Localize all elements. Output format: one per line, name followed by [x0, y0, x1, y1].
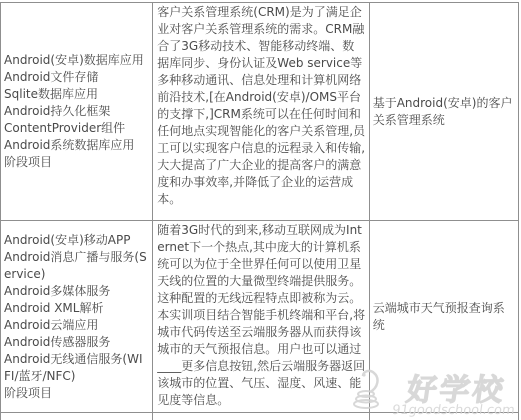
description-cell: 随着3G时代的到来,移动互联网成为Internet下一个热点,其中庞大的计算机系… — [153, 221, 369, 413]
topic-list: Android(安卓)数据库应用Android文件存储Sqlite数据库应用An… — [4, 52, 149, 171]
topic-item: Android无线通信服务(WIFI/蓝牙/NFC) — [4, 351, 149, 385]
topic-item: Android多媒体服务 — [4, 283, 149, 300]
topic-item: Android文件存储 — [4, 69, 149, 86]
topic-item: Android(安卓)数据库应用 — [4, 52, 149, 69]
topic-item: 阶段项目 — [4, 385, 149, 402]
table-row-partial — [1, 413, 519, 420]
table-row: Android(安卓)数据库应用Android文件存储Sqlite数据库应用An… — [1, 3, 519, 221]
empty-cell — [153, 413, 369, 420]
topic-item: 阶段项目 — [4, 154, 149, 171]
description-text: 随着3G时代的到来,移动互联网成为Internet下一个热点,其中庞大的计算机系… — [157, 222, 365, 409]
table-row: Android(安卓)移动APPAndroid消息广播与服务(Service)A… — [1, 221, 519, 413]
empty-cell — [369, 413, 518, 420]
course-curriculum-table: Android(安卓)数据库应用Android文件存储Sqlite数据库应用An… — [0, 2, 519, 420]
topic-item: ContentProvider组件 — [4, 120, 149, 137]
topics-cell: Android(安卓)移动APPAndroid消息广播与服务(Service)A… — [1, 221, 153, 413]
topic-item: Android系统数据库应用 — [4, 137, 149, 154]
topic-item: Android传感器服务 — [4, 334, 149, 351]
project-cell: 基于Android(安卓)的客户关系管理系统 — [369, 3, 518, 221]
empty-cell — [1, 413, 153, 420]
topic-item: Android(安卓)移动APP — [4, 232, 149, 249]
project-name: 基于Android(安卓)的客户关系管理系统 — [373, 95, 515, 129]
topic-item: Android消息广播与服务(Service) — [4, 249, 149, 283]
description-text: 客户关系管理系统(CRM)是为了满足企业对客户关系管理系统的需求。CRM融合了3… — [157, 4, 365, 208]
topic-list: Android(安卓)移动APPAndroid消息广播与服务(Service)A… — [4, 232, 149, 402]
topic-item: Sqlite数据库应用 — [4, 86, 149, 103]
project-cell: 云端城市天气预报查询系统 — [369, 221, 518, 413]
topic-item: Android云端应用 — [4, 317, 149, 334]
project-name: 云端城市天气预报查询系统 — [373, 300, 515, 334]
topic-item: Android XML解析 — [4, 300, 149, 317]
description-cell: 客户关系管理系统(CRM)是为了满足企业对客户关系管理系统的需求。CRM融合了3… — [153, 3, 369, 221]
topic-item: Android持久化框架 — [4, 103, 149, 120]
topics-cell: Android(安卓)数据库应用Android文件存储Sqlite数据库应用An… — [1, 3, 153, 221]
page: Android(安卓)数据库应用Android文件存储Sqlite数据库应用An… — [0, 0, 521, 420]
